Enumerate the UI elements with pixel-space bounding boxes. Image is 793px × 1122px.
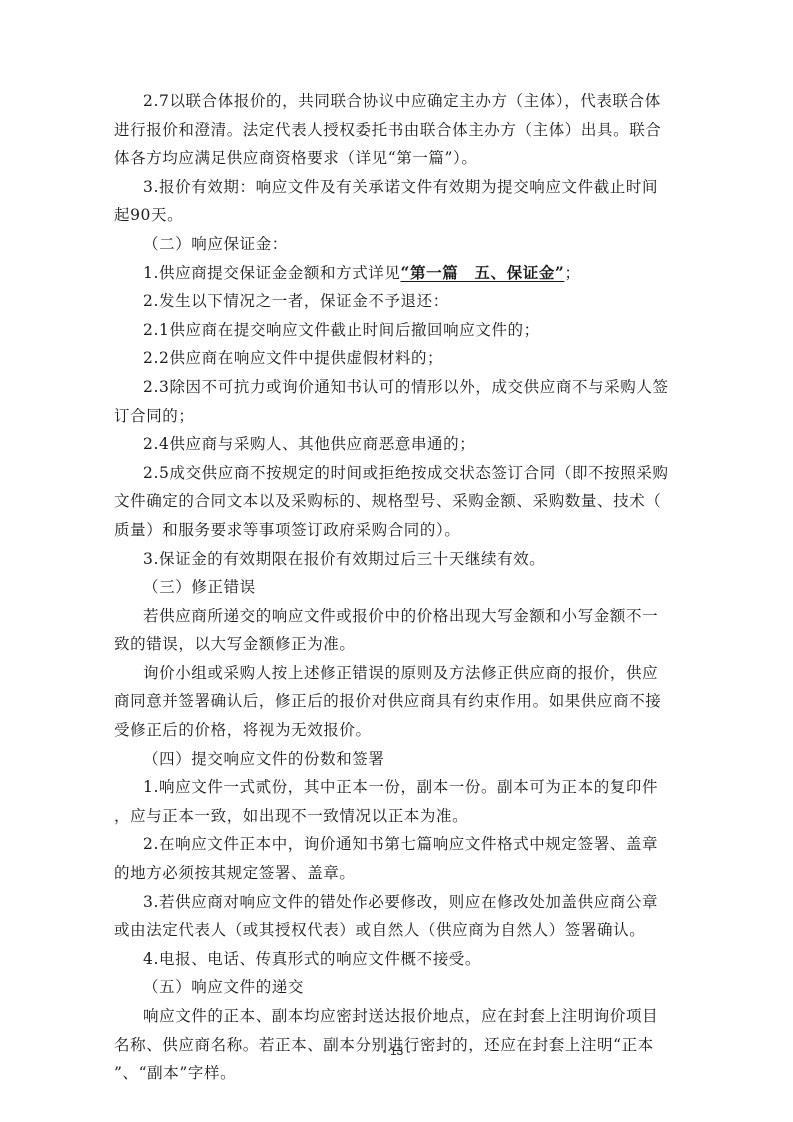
section-heading: （二）响应保证金： [114, 230, 694, 259]
line-suffix: ； [564, 264, 580, 282]
paragraph-line: 或由法定代表人（或其授权代表）或自然人（供应商为自然人）签署确认。 [114, 916, 694, 945]
paragraph-line: 2.1供应商在提交响应文件截止时间后撤回响应文件的； [114, 316, 694, 345]
paragraph-line: 受修正后的价格，将视为无效报价。 [114, 716, 694, 745]
paragraph-line: 3.报价有效期：响应文件及有关承诺文件有效期为提交响应文件截止时间 [114, 173, 694, 202]
paragraph-line: 2.5成交供应商不按规定的时间或拒绝按成交状态签订合同（即不按照采购 [114, 459, 694, 488]
paragraph-line: ，应与正本一致，如出现不一致情况以正本为准。 [114, 802, 694, 831]
document-page: 2.7以联合体报价的，共同联合协议中应确定主办方（主体），代表联合体 进行报价和… [114, 87, 694, 1088]
paragraph-line: 商同意并签署确认后，修正后的报价对供应商具有约束作用。如果供应商不接 [114, 687, 694, 716]
paragraph-line: 文件确定的合同文本以及采购标的、规格型号、采购金额、采购数量、技术（ [114, 487, 694, 516]
paragraph-line: 2.4供应商与采购人、其他供应商恶意串通的； [114, 430, 694, 459]
paragraph-line: 4.电报、电话、传真形式的响应文件概不接受。 [114, 945, 694, 974]
paragraph-line: 2.发生以下情况之一者，保证金不予退还： [114, 287, 694, 316]
section-heading: （五）响应文件的递交 [114, 973, 694, 1002]
page-number: - 13 - [0, 1044, 793, 1058]
paragraph-line: 2.2供应商在响应文件中提供虚假材料的； [114, 344, 694, 373]
paragraph-line: 体各方均应满足供应商资格要求（详见“第一篇”）。 [114, 144, 694, 173]
paragraph-line: 的地方必须按其规定签署、盖章。 [114, 859, 694, 888]
paragraph-line: 3.保证金的有效期限在报价有效期过后三十天继续有效。 [114, 545, 694, 574]
paragraph-line: 若供应商所递交的响应文件或报价中的价格出现大写金额和小写金额不一 [114, 602, 694, 631]
paragraph-line: 2.7以联合体报价的，共同联合协议中应确定主办方（主体），代表联合体 [114, 87, 694, 116]
paragraph-line: 2.3除因不可抗力或询价通知书认可的情形以外，成交供应商不与采购人签 [114, 373, 694, 402]
paragraph-line: 3.若供应商对响应文件的错处作必要修改，则应在修改处加盖供应商公章 [114, 888, 694, 917]
paragraph-line: 订合同的； [114, 402, 694, 431]
paragraph-line: 质量）和服务要求等事项签订政府采购合同的）。 [114, 516, 694, 545]
cross-reference-highlight: “第一篇 五、保证金” [401, 263, 565, 282]
paragraph-line: 致的错误，以大写金额修正为准。 [114, 630, 694, 659]
paragraph-line: 响应文件的正本、副本均应密封送达报价地点，应在封套上注明询价项目 [114, 1002, 694, 1031]
paragraph-line: 1.供应商提交保证金金额和方式详见“第一篇 五、保证金”； [114, 259, 694, 288]
section-heading: （三）修正错误 [114, 573, 694, 602]
paragraph-line: ”、“副本”字样。 [114, 1059, 694, 1088]
paragraph-line: 询价小组或采购人按上述修正错误的原则及方法修正供应商的报价，供应 [114, 659, 694, 688]
paragraph-line: 1.响应文件一式贰份，其中正本一份，副本一份。副本可为正本的复印件 [114, 773, 694, 802]
paragraph-line: 进行报价和澄清。法定代表人授权委托书由联合体主办方（主体）出具。联合 [114, 116, 694, 145]
paragraph-line: 起90天。 [114, 201, 694, 230]
line-text: 1.供应商提交保证金金额和方式详见 [143, 264, 401, 282]
section-heading: （四）提交响应文件的份数和签署 [114, 745, 694, 774]
paragraph-line: 2.在响应文件正本中，询价通知书第七篇响应文件格式中规定签署、盖章 [114, 830, 694, 859]
